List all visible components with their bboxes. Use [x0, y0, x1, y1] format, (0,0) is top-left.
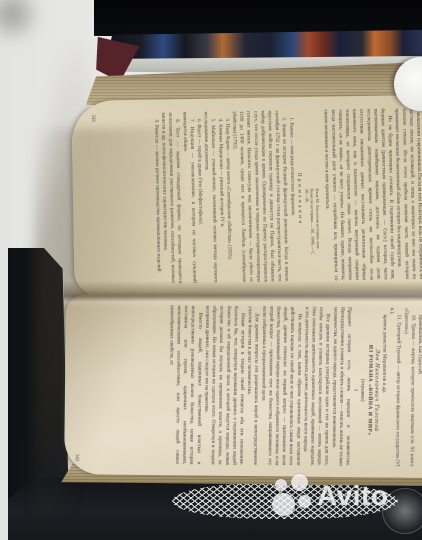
- right-page-content: правившими, как Одиссей. 10. Тризна — же…: [167, 305, 422, 467]
- book-scene: в мышлении современников Паскаля или Вол…: [0, 0, 422, 540]
- avito-wordmark: Avito: [317, 480, 388, 512]
- book-photo: в мышлении современников Паскаля или Вол…: [0, 0, 422, 540]
- right-body-paragraph: Для древних вопросы эти разрешались веро…: [245, 306, 261, 465]
- right-body-paragraph: Вместо людей, одаренных божественной вла…: [167, 305, 204, 464]
- page-gutter-shadow: [64, 281, 422, 309]
- note-item: 7. Индукция — умозаключение, в котором и…: [181, 112, 198, 283]
- notes-continued-line: 11. Григорий Турский — автор истории фра…: [387, 307, 403, 466]
- avito-logo-circle: [275, 479, 287, 491]
- right-body-paragraph: Новая история в теории своей отвергла об…: [202, 306, 246, 465]
- avito-logo-circle: [272, 493, 295, 516]
- right-body-paragraph: Предмет истории есть жизнь народов и чел…: [330, 307, 353, 466]
- right-body-paragraph: Все древние историки употребляли один и …: [301, 307, 331, 466]
- author-name: Лев Николаевич Толстой: [372, 307, 381, 467]
- note-item: 2. Знамя из истории Великой французской …: [230, 110, 290, 282]
- left-body-paragraph: Но не будем чрезмерно сетовать. В подчин…: [322, 108, 396, 280]
- notes-continued-line: 10. Тризна — жертва, которую приносили м…: [401, 308, 417, 467]
- right-page: правившими, как Одиссей. 10. Тризна — же…: [64, 294, 422, 478]
- right-body-paragraph: На вопросы о том, каким образом единичны…: [259, 306, 303, 465]
- left-page: в мышлении современников Паскаля или Вол…: [71, 95, 422, 297]
- avito-watermark: Avito: [272, 474, 388, 518]
- avito-logo-icon: [272, 474, 312, 518]
- avito-logo-circle: [298, 495, 311, 508]
- page-number-left: 342: [91, 115, 96, 122]
- left-body-paragraph: в мышлении современников Паскаля или Вол…: [393, 108, 422, 279]
- note-item: 8. Тест — задания стандартной формы, по …: [159, 112, 183, 283]
- avito-logo-circle: [291, 474, 308, 491]
- left-page-content: в мышлении современников Паскаля или Вол…: [152, 108, 422, 284]
- page-number-right: 343: [74, 454, 79, 461]
- reference-citation: Блок М. Апология истории, или Ремесло ис…: [304, 188, 322, 281]
